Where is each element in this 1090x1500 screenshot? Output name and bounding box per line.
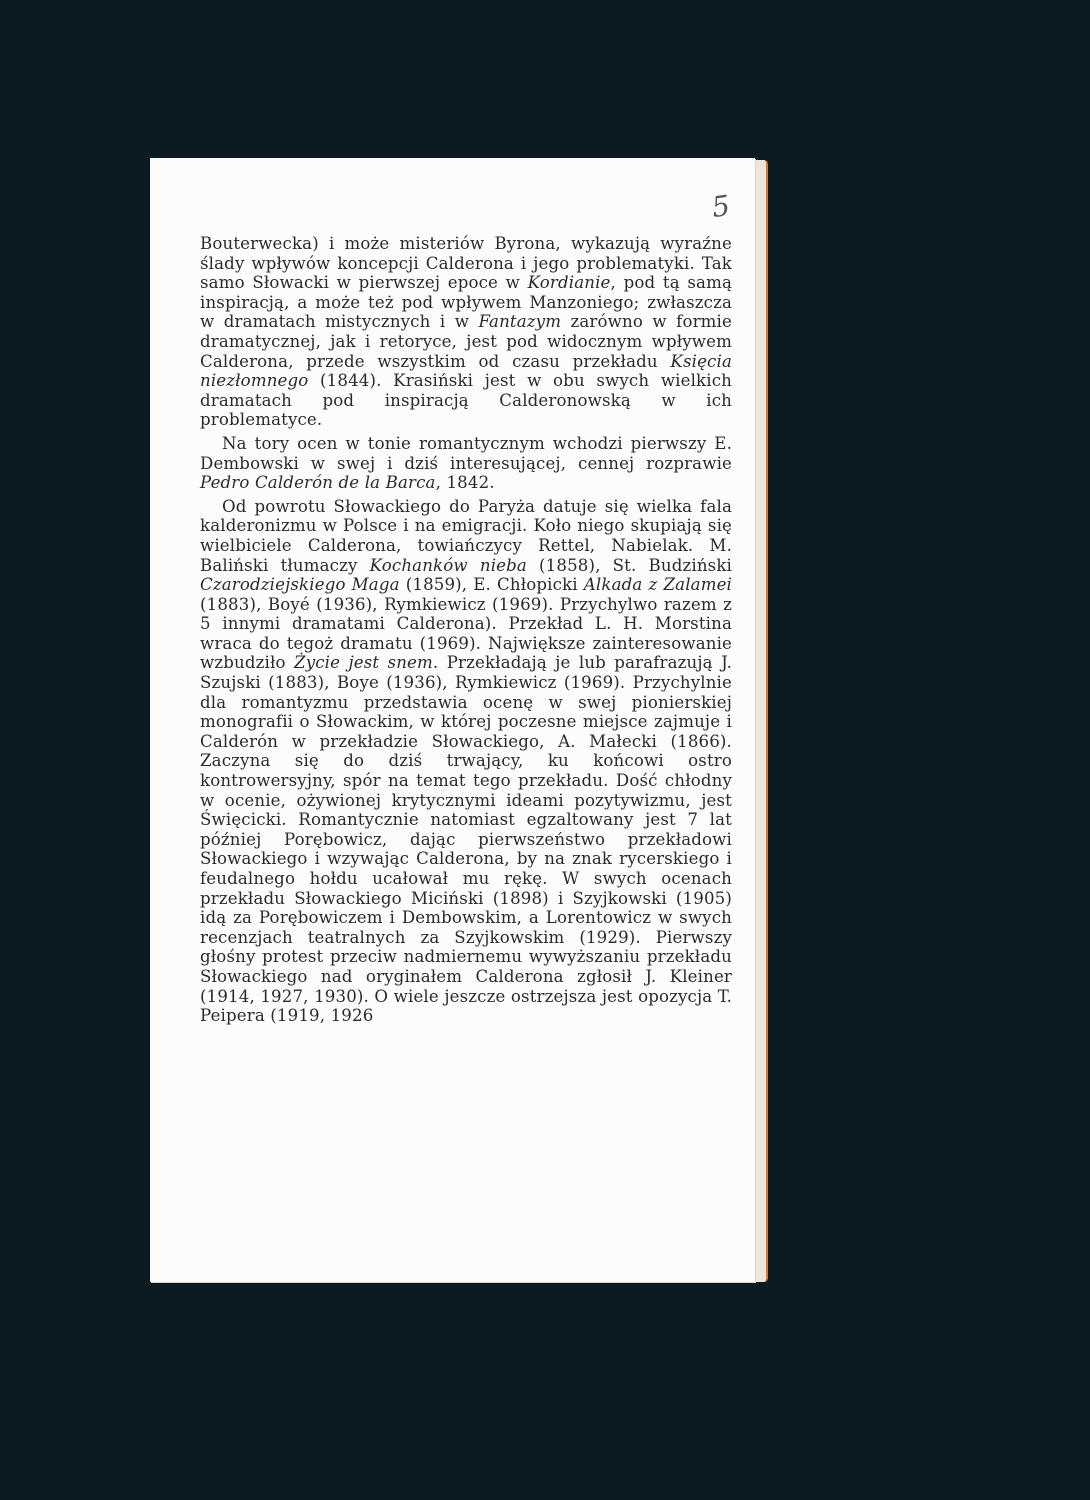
paragraph: Na tory ocen w tonie romantycznym wchodz… <box>200 434 732 493</box>
paragraph: Od powrotu Słowackiego do Paryża datuje … <box>200 497 732 1026</box>
paragraph: Bouterwecka) i może misteriów Byrona, wy… <box>200 234 732 430</box>
text-run: . Przekładają je lub parafrazują J. Szuj… <box>200 653 732 1025</box>
italic-title: Życie jest snem <box>294 653 433 672</box>
italic-title: Fantazym <box>479 312 562 331</box>
document-page: 5 Bouterwecka) i może misteriów Byrona, … <box>150 158 755 1282</box>
italic-title: Czarodziejskiego Maga <box>200 575 400 594</box>
text-run: (1859), E. Chłopicki <box>400 575 584 594</box>
handwritten-page-number: 5 <box>710 189 732 224</box>
italic-title: Alkada z Zalamei <box>584 575 732 594</box>
body-text: Bouterwecka) i może misteriów Byrona, wy… <box>200 234 732 1030</box>
italic-title: Kochanków nieba <box>370 556 527 575</box>
italic-title: Kordianie <box>528 273 611 292</box>
text-run: (1858), St. Budziński <box>527 556 732 575</box>
text-run: , 1842. <box>436 473 495 492</box>
italic-title: Pedro Calderón de la Barca <box>200 473 436 492</box>
text-run: Na tory ocen w tonie romantycznym wchodz… <box>200 434 732 473</box>
